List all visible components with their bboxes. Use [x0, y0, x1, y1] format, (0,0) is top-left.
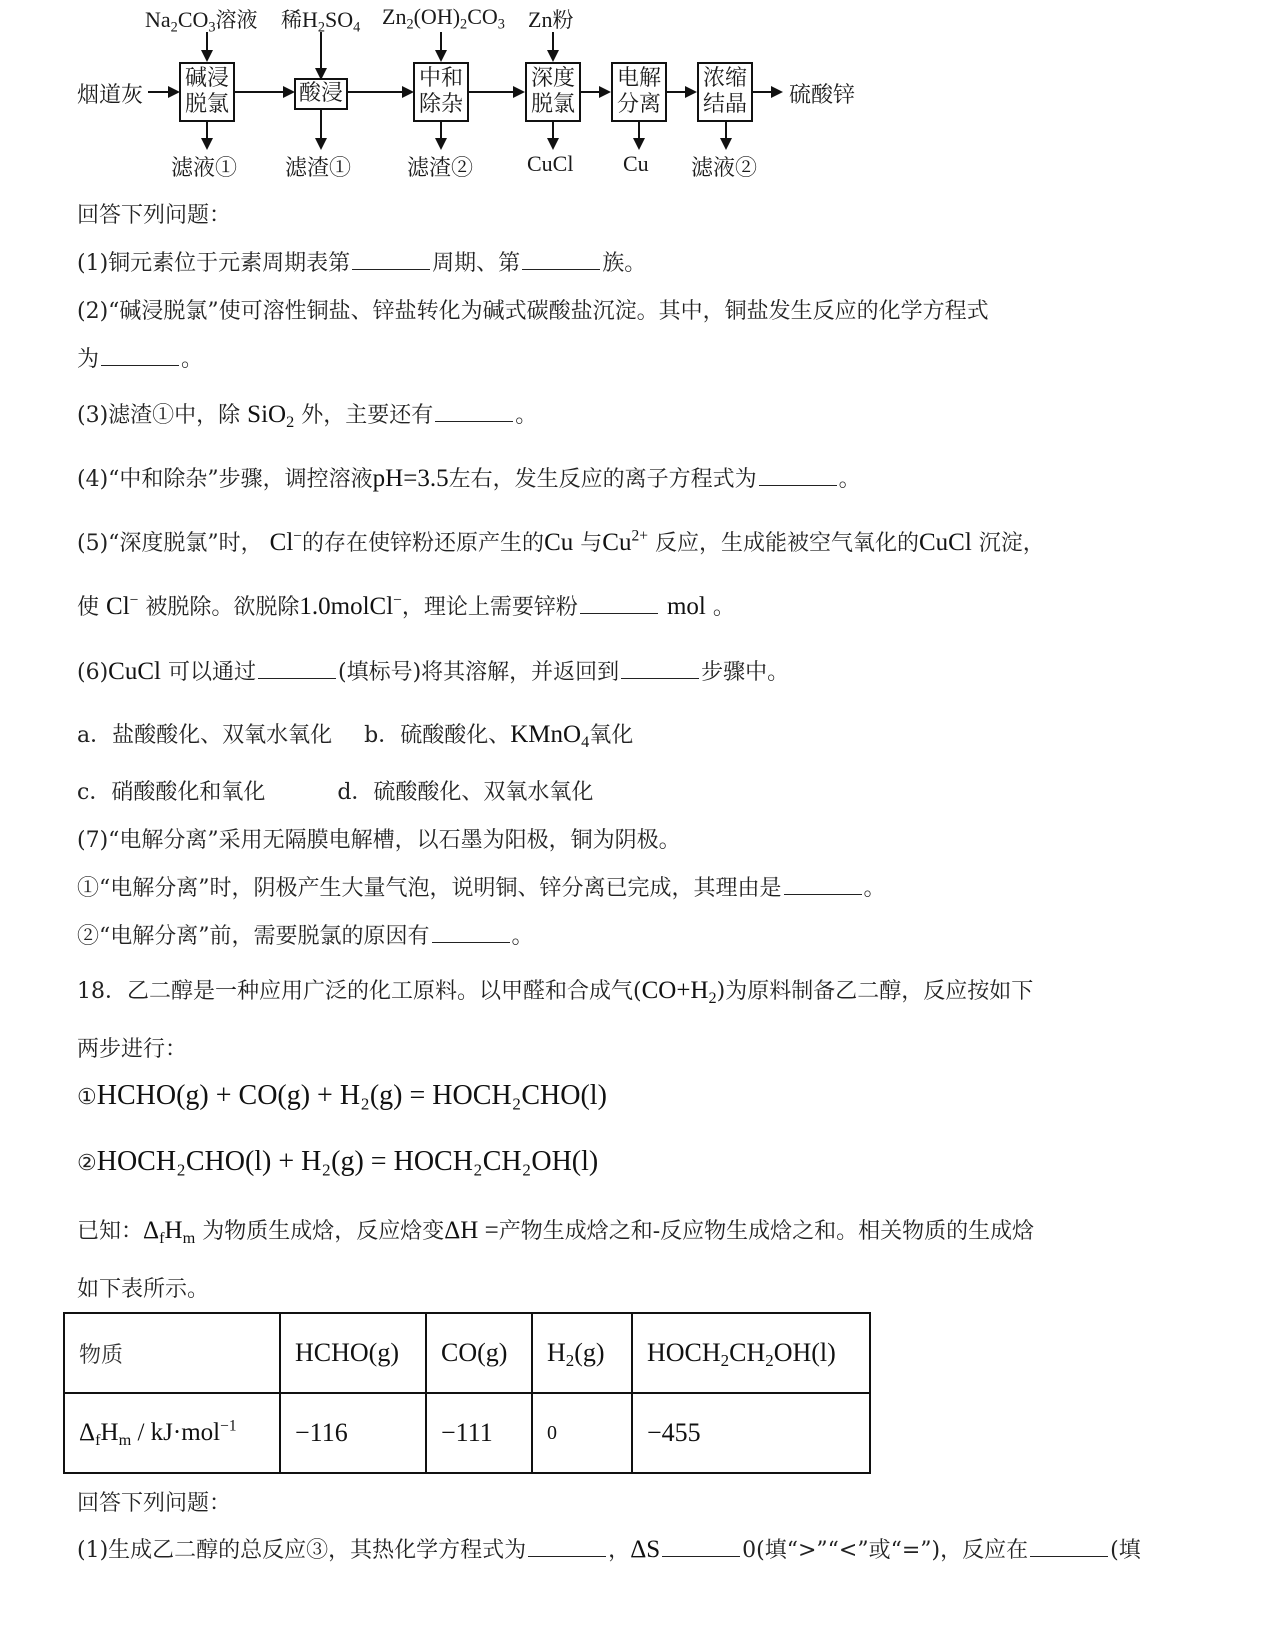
text: ②“电解分离”前，需要脱氯的原因有 [77, 924, 430, 949]
q17-part-7-2: ②“电解分离”前，需要脱氯的原因有。 [77, 919, 534, 950]
text: 反应，生成能被空气氧化的 [655, 531, 919, 556]
answer-blank[interactable] [522, 251, 600, 270]
circled-number: ② [77, 1151, 97, 1176]
symbol-formation-enthalpy: ΔfHm [143, 1217, 195, 1244]
text: b．硫酸酸化、 [364, 723, 510, 748]
step-label: 浓缩 [703, 66, 747, 92]
formula-cl-ion: Cl− [270, 529, 302, 556]
arrow-line [235, 91, 285, 93]
equation-text: HCHO(g) + CO(g) + H₂(g) = HOCH₂CHO(l) [97, 1080, 607, 1111]
arrow-line [206, 32, 208, 52]
q17-part-1: (1)铜元素位于元素周期表第周期、第族。 [77, 246, 646, 277]
flow-step-crystallize: 浓缩 结晶 [697, 62, 753, 122]
arrow-line [469, 91, 515, 93]
flow-output-residue-2: 滤渣② [407, 151, 473, 182]
text: 外，主要还有 [301, 403, 433, 428]
step-label: 电解 [617, 66, 661, 92]
arrow-line [320, 110, 322, 140]
answer-blank[interactable] [580, 595, 658, 614]
text: 。 [864, 876, 886, 901]
formula-cucl: CuCl [919, 529, 972, 556]
symbol-delta-h: ΔH = [444, 1217, 498, 1244]
text: 。 [713, 595, 735, 620]
q17-options-cd: c．硝酸酸化和氧化 d．硫酸酸化、双氧水氧化 [77, 775, 593, 806]
flow-end-label: 硫酸锌 [789, 78, 855, 109]
q17-options-ab: a．盐酸酸化、双氧水氧化 b．硫酸酸化、KMnO4氧化 [77, 718, 633, 749]
table-cell: −116 [280, 1393, 426, 1473]
q17-part-6: (6)CuCl 可以通过(填标号)将其溶解，并返回到步骤中。 [77, 655, 789, 686]
text: ， [608, 1538, 630, 1563]
q18-intro2: 回答下列问题： [77, 1486, 231, 1517]
arrow-down-icon [547, 138, 559, 150]
text: KMnO [510, 721, 581, 748]
text: 产物生成焓之和-反应物生成焓之和。相关物质的生成焓 [499, 1219, 1034, 1244]
superscript: 2+ [631, 528, 648, 545]
arrow-line [667, 91, 687, 93]
symbol-delta-s: ΔS [630, 1536, 660, 1563]
text: 被脱除。欲脱除 [145, 595, 299, 620]
table-header-cell: H2(g) [532, 1313, 632, 1393]
formula-cu: Cu [544, 529, 573, 556]
text: CO+H [642, 977, 709, 1004]
answer-blank[interactable] [258, 660, 336, 679]
text: (4)“中和除杂”步骤，调控溶液 [77, 467, 373, 492]
step-label: 分离 [617, 92, 661, 118]
table-cell: −111 [426, 1393, 532, 1473]
subscript: 2 [708, 989, 716, 1007]
text: 氧化 [589, 723, 633, 748]
circled-number: ① [77, 1085, 97, 1110]
arrow-right-icon [685, 86, 697, 98]
step-label: 深度 [531, 66, 575, 92]
text: SiO [247, 401, 286, 428]
q18-stem-cont: 两步进行： [77, 1032, 187, 1063]
text: (5)“深度脱氯”时， [77, 531, 263, 556]
answer-blank[interactable] [784, 876, 862, 895]
step-label: 酸浸 [299, 81, 343, 107]
text: Cl [106, 593, 130, 620]
text: 1.0molCl [299, 593, 393, 620]
answer-blank[interactable] [352, 251, 430, 270]
q18-equation-2: ②HOCH₂CHO(l) + H₂(g) = HOCH₂CH₂OH(l) [77, 1146, 598, 1178]
q17-part-7: (7)“电解分离”采用无隔膜电解槽，以石墨为阳极，铜为阴极。 [77, 823, 681, 854]
text: 使 [77, 595, 99, 620]
table-row-label: ΔfHm / kJ·mol−1 [64, 1393, 280, 1473]
answer-blank[interactable] [432, 924, 510, 943]
subscript: 4 [581, 733, 589, 751]
table-cell: −455 [632, 1393, 870, 1473]
arrow-line [348, 91, 404, 93]
arrow-line [753, 91, 773, 93]
flow-step-deep-dechlorination: 深度 脱氯 [525, 62, 581, 122]
flow-step-neutralize: 中和 除杂 [413, 62, 469, 122]
arrow-line [320, 32, 322, 70]
text: 。 [515, 403, 537, 428]
flow-step-alkali-leach: 碱浸 脱氯 [179, 62, 235, 122]
step-label: 中和 [419, 66, 463, 92]
text: 可以通过 [168, 660, 256, 685]
formula-cl-ion: Cl− [106, 593, 138, 620]
step-label: 除杂 [419, 92, 463, 118]
arrow-down-icon [720, 138, 732, 150]
q18-known-cont: 如下表所示。 [77, 1272, 209, 1303]
option-b: b．硫酸酸化、KMnO4氧化 [364, 723, 633, 748]
flow-output-residue-1: 滤渣① [285, 151, 351, 182]
q18-equation-1: ①HCHO(g) + CO(g) + H₂(g) = HOCH₂CHO(l) [77, 1080, 607, 1112]
arrow-right-icon [513, 86, 525, 98]
answer-blank[interactable] [662, 1538, 740, 1557]
text: 为 [77, 347, 99, 372]
text: 与 [580, 531, 602, 556]
table-header-cell: CO(g) [426, 1313, 532, 1393]
q17-part-5: (5)“深度脱氯”时， Cl−的存在使锌粉还原产生的Cu 与Cu2+ 反应，生成… [77, 526, 1045, 557]
answer-blank[interactable] [759, 467, 837, 486]
text: ，理论上需要锌粉 [402, 595, 578, 620]
flow-output-filtrate-2: 滤液② [691, 151, 757, 182]
text: 。 [839, 467, 861, 492]
table-header-cell: 物质 [64, 1313, 280, 1393]
answer-blank[interactable] [528, 1538, 606, 1557]
text: )为原料制备乙二醇，反应按如下 [717, 979, 1034, 1004]
flow-input-na2co3: Na2CO3溶液 [145, 4, 258, 34]
formula-cucl: CuCl [108, 658, 161, 685]
flow-output-cucl: CuCl [527, 151, 573, 177]
arrow-down-icon [201, 138, 213, 150]
q17-part-7-1: ①“电解分离”时，阴极产生大量气泡，说明铜、锌分离已完成，其理由是。 [77, 871, 886, 902]
formula-ph: pH=3.5 [373, 465, 449, 492]
table-header-row: 物质 HCHO(g) CO(g) H2(g) HOCH2CH2OH(l) [64, 1313, 870, 1393]
arrow-line [581, 91, 601, 93]
flow-start-label: 烟道灰 [77, 78, 143, 109]
superscript: − [293, 528, 302, 545]
q17-intro: 回答下列问题： [77, 198, 231, 229]
text: 为物质生成焓，反应焓变 [202, 1219, 444, 1244]
answer-blank[interactable] [1030, 1538, 1108, 1557]
text: 。 [181, 347, 203, 372]
answer-blank[interactable] [621, 660, 699, 679]
answer-blank[interactable] [435, 403, 513, 422]
subscript: 2 [286, 413, 294, 431]
text: Cl [270, 529, 294, 556]
option-c: c．硝酸酸化和氧化 [77, 780, 265, 805]
text: 。 [512, 924, 534, 949]
q17-part-5-cont: 使 Cl− 被脱除。欲脱除1.0molCl−，理论上需要锌粉 mol 。 [77, 590, 735, 621]
table-row: ΔfHm / kJ·mol−1 −116 −111 0 −455 [64, 1393, 870, 1473]
flow-step-electrolysis: 电解 分离 [611, 62, 667, 122]
arrow-down-icon [201, 50, 213, 62]
superscript: − [393, 592, 402, 609]
arrow-down-icon [435, 138, 447, 150]
text: (6) [77, 660, 108, 685]
q18-stem: 18．乙二醇是一种应用广泛的化工原料。以甲醛和合成气(CO+H2)为原料制备乙二… [77, 974, 1033, 1005]
arrow-down-icon [315, 138, 327, 150]
text: 18．乙二醇是一种应用广泛的化工原料。以甲醛和合成气( [77, 979, 642, 1004]
arrow-line [440, 32, 442, 52]
formula-cu2-ion: Cu2+ [602, 529, 648, 556]
arrow-right-icon [599, 86, 611, 98]
table-cell: 0 [532, 1393, 632, 1473]
text: (填 [1110, 1538, 1141, 1563]
flow-input-h2so4: 稀H2SO4 [281, 4, 360, 34]
arrow-line [552, 32, 554, 52]
flow-input-zn2oh2co3: Zn2(OH)2CO3 [382, 4, 505, 30]
text: 已知： [77, 1219, 143, 1244]
option-d: d．硫酸酸化、双氧水氧化 [337, 780, 593, 805]
option-a: a．盐酸酸化、双氧水氧化 [77, 723, 332, 748]
text: Cu [602, 529, 631, 556]
q18-known: 已知：ΔfHm 为物质生成焓，反应焓变ΔH =产物生成焓之和-反应物生成焓之和。… [77, 1214, 1034, 1245]
step-label: 结晶 [703, 92, 747, 118]
arrow-down-icon [435, 50, 447, 62]
superscript: − [130, 592, 139, 609]
text: (1)铜元素位于元素周期表第 [77, 251, 350, 276]
enthalpy-table: 物质 HCHO(g) CO(g) H2(g) HOCH2CH2OH(l) ΔfH… [63, 1312, 871, 1474]
q17-part-4: (4)“中和除杂”步骤，调控溶液pH=3.5左右，发生反应的离子方程式为。 [77, 462, 861, 493]
flow-output-cu: Cu [623, 151, 649, 177]
text: 步骤中。 [701, 660, 789, 685]
text: (1)生成乙二醇的总反应③，其热化学方程式为 [77, 1538, 526, 1563]
text: 周期、第 [432, 251, 520, 276]
text: 沉淀， [979, 531, 1045, 556]
text: 0(填“>”“<”或“=”)，反应在 [742, 1538, 1028, 1563]
arrow-down-icon [547, 50, 559, 62]
table-header-cell: HCHO(g) [280, 1313, 426, 1393]
flow-output-filtrate-1: 滤液① [171, 151, 237, 182]
table-header-cell: HOCH2CH2OH(l) [632, 1313, 870, 1393]
q17-part-2: (2)“碱浸脱氯”使可溶性铜盐、锌盐转化为碱式碳酸盐沉淀。其中，铜盐发生反应的化… [77, 294, 989, 325]
step-label: 脱氯 [531, 92, 575, 118]
text: 左右，发生反应的离子方程式为 [449, 467, 757, 492]
formula-kmno4: KMnO4 [510, 721, 589, 748]
text: (3)滤渣①中，除 [77, 403, 240, 428]
q18-part-1: (1)生成乙二醇的总反应③，其热化学方程式为，ΔS0(填“>”“<”或“=”)，… [77, 1533, 1141, 1564]
step-label: 碱浸 [185, 66, 229, 92]
formula-syngas: CO+H2 [642, 977, 717, 1004]
text: ①“电解分离”时，阴极产生大量气泡，说明铜、锌分离已完成，其理由是 [77, 876, 782, 901]
equation-text: HOCH₂CHO(l) + H₂(g) = HOCH₂CH₂OH(l) [97, 1146, 598, 1177]
answer-blank[interactable] [101, 347, 179, 366]
unit-mol: mol [667, 593, 706, 620]
formula-amount: 1.0molCl− [299, 593, 402, 620]
q17-part-3: (3)滤渣①中，除 SiO2 外，主要还有。 [77, 398, 537, 429]
arrow-right-icon [771, 86, 783, 98]
formula-sio2: SiO2 [247, 401, 294, 428]
flow-input-zn-powder: Zn粉 [528, 4, 573, 34]
text: (填标号)将其溶解，并返回到 [338, 660, 619, 685]
text: 的存在使锌粉还原产生的 [302, 531, 544, 556]
flow-step-acid-leach: 酸浸 [294, 78, 348, 110]
q17-part-2-cont: 为。 [77, 342, 203, 373]
step-label: 脱氯 [185, 92, 229, 118]
arrow-down-icon [633, 138, 645, 150]
text: 族。 [602, 251, 646, 276]
arrow-line [148, 91, 170, 93]
